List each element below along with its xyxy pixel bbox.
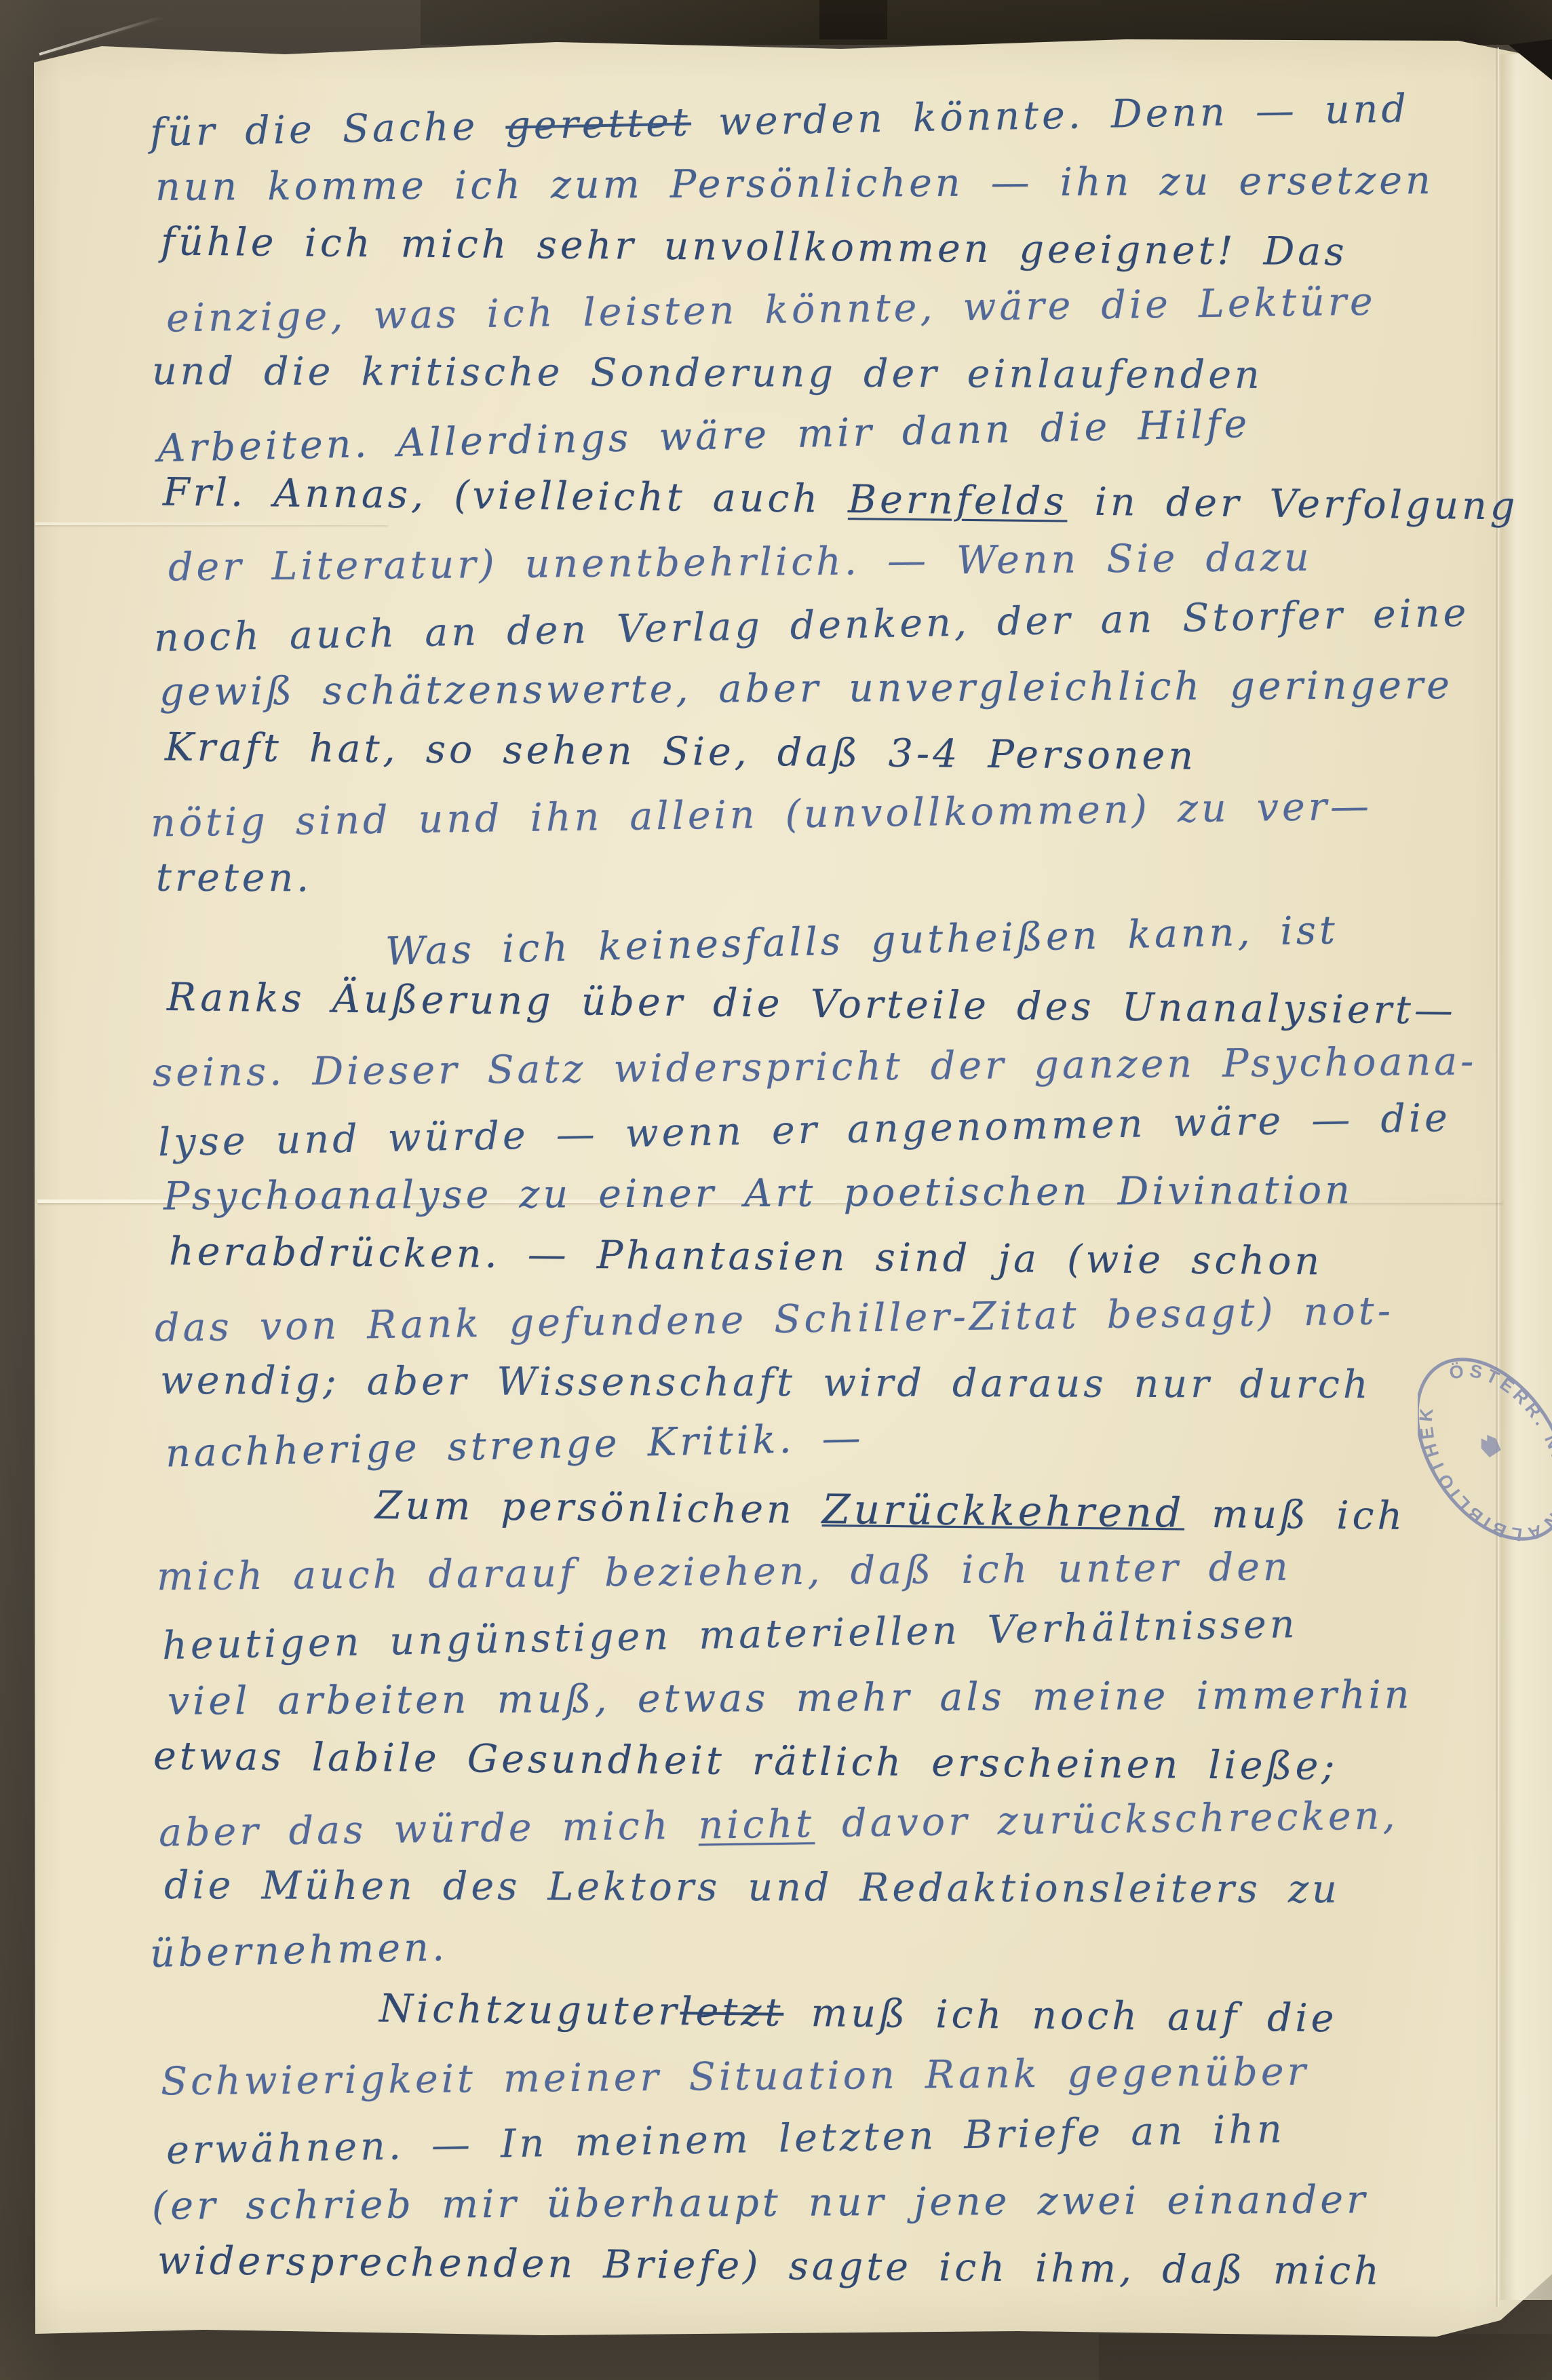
handwritten-line: der Literatur) unentbehrlich. — Wenn Sie… <box>168 539 1313 588</box>
handwritten-line: wendig; aber Wissenschaft wird daraus nu… <box>160 1362 1372 1404</box>
handwritten-line: Schwierigkeit meiner Situation Rank gege… <box>161 2053 1309 2102</box>
text-segment: der Literatur) unentbehrlich. — Wenn Sie… <box>168 535 1313 590</box>
text-segment: nötig sind und ihn allein (unvollkommen)… <box>151 784 1373 845</box>
text-segment: noch auch an den Verlag denken, der an S… <box>154 590 1470 660</box>
text-segment: werden könnte. Denn — und <box>691 86 1410 145</box>
text-segment: Frl. Annas, (vielleicht auch <box>163 470 849 522</box>
handwritten-line: gewiß schätzenswerte, aber unvergleichli… <box>159 666 1453 712</box>
handwritten-line: Was ich keinesfalls gutheißen kann, ist <box>385 911 1339 972</box>
underlined-word: Bernfelds <box>848 477 1068 524</box>
handwritten-line: Psychoanalyse zu einer Art poetischen Di… <box>163 1171 1353 1216</box>
handwritten-line: Ranks Äußerung über die Vorteile des Una… <box>167 978 1456 1031</box>
handwritten-line: Kraft hat, so sehen Sie, daß 3-4 Persone… <box>165 728 1197 775</box>
text-segment: Wissenschaft wird daraus nur durch <box>497 1360 1372 1408</box>
text-segment: muß ich <box>1184 1492 1406 1539</box>
scan-canvas: ÖSTERR. NATIONALBIBLIOTHEK für die Sache… <box>0 0 1552 2380</box>
handwritten-line: seins. Dieser Satz widerspricht der ganz… <box>153 1042 1477 1092</box>
text-segment: erwähnen. — In meinem letzten Briefe an … <box>166 2107 1286 2173</box>
handwritten-line: noch auch an den Verlag denken, der an S… <box>154 594 1470 657</box>
text-segment: seins. Dieser Satz widerspricht der ganz… <box>153 1039 1477 1095</box>
text-segment: muß ich noch auf die <box>783 1991 1338 2041</box>
text-segment: davor zurückschrecken, <box>815 1793 1399 1846</box>
text-segment: Art poetischen Divination <box>744 1168 1353 1216</box>
handwritten-line: heutigen ungünstigen materiellen Verhält… <box>162 1605 1298 1666</box>
text-segment: Kraft hat, so sehen Sie, daß 3-4 Persone… <box>165 725 1197 778</box>
handwritten-line: Arbeiten. Allerdings wäre mir dann die H… <box>157 405 1251 469</box>
text-segment: fühle ich mich sehr unvollkommen geeigne… <box>161 219 1348 274</box>
handwritten-line: nun komme ich zum Persönlichen — ihn zu … <box>155 161 1434 207</box>
text-segment: Psychoanalyse zu einer <box>163 1171 744 1218</box>
text-segment: mich auch darauf beziehen, daß ich unter… <box>157 1545 1292 1600</box>
handwritten-letter-text: für die Sache gerettet werden könnte. De… <box>0 0 1552 2380</box>
crossed-out-word: gerettet <box>505 100 692 149</box>
text-segment: Zum persönlichen <box>375 1483 823 1533</box>
handwritten-line: Nichtzuguterletzt muß ich noch auf die <box>379 1990 1338 2039</box>
handwritten-line: mich auch darauf beziehen, daß ich unter… <box>157 1548 1292 1597</box>
text-segment: widersprechenden Briefe) sagte ich ihm, … <box>157 2238 1382 2294</box>
handwritten-line: aber das würde mich nicht davor zurücksc… <box>159 1797 1399 1853</box>
text-segment: herabdrücken. — <box>169 1229 597 1278</box>
text-segment: Ranks Äußerung über die Vorteile des Una… <box>167 975 1457 1033</box>
text-segment: einzige, was ich leisten könnte, wäre di… <box>166 280 1376 341</box>
crossed-out-word: letzt <box>680 1989 783 2035</box>
handwritten-line: etwas labile Gesundheit rätlich erschein… <box>153 1737 1338 1786</box>
text-segment: Was ich keinesfalls gutheißen kann, ist <box>385 908 1338 974</box>
handwritten-line: einzige, was ich leisten könnte, wäre di… <box>166 283 1376 339</box>
handwritten-line: fühle ich mich sehr unvollkommen geeigne… <box>161 223 1348 271</box>
text-segment: lyse und würde — wenn er angenommen wäre… <box>158 1096 1452 1166</box>
text-segment: nachherige strenge Kritik. — <box>165 1415 864 1476</box>
text-segment: aber das würde mich <box>159 1803 699 1856</box>
text-segment: Arbeiten. Allerdings wäre mir dann die H… <box>157 402 1251 472</box>
text-segment: übernehmen. <box>149 1925 448 1976</box>
text-segment: wendig; aber <box>160 1358 497 1404</box>
text-segment: Nichtzuguter <box>379 1986 680 2035</box>
text-segment: das von Rank gefundene Schiller-Zitat be… <box>155 1288 1395 1351</box>
text-segment: Phantasien sind ja (wie schon <box>597 1233 1323 1284</box>
text-segment: etwas labile Gesundheit rätlich erschein… <box>153 1733 1338 1788</box>
underlined-word: nicht <box>698 1801 815 1847</box>
text-segment: gewiß schätzenswerte, aber unvergleichli… <box>159 663 1453 714</box>
handwritten-line: für die Sache gerettet werden könnte. De… <box>150 90 1410 153</box>
handwritten-line: nötig sind und ihn allein (unvollkommen)… <box>151 787 1373 843</box>
text-segment: viel arbeiten muß, etwas mehr als meine … <box>168 1672 1413 1724</box>
handwritten-line: lyse und würde — wenn er angenommen wäre… <box>158 1099 1452 1163</box>
text-segment: in der Verfolgung <box>1067 480 1518 529</box>
handwritten-line: nachherige strenge Kritik. — <box>165 1419 864 1473</box>
handwritten-line: Frl. Annas, (vielleicht auch Bernfelds i… <box>163 474 1519 526</box>
handwritten-line: das von Rank gefundene Schiller-Zitat be… <box>155 1292 1395 1348</box>
handwritten-line: erwähnen. — In meinem letzten Briefe an … <box>166 2110 1286 2170</box>
text-segment: treten. <box>156 856 313 901</box>
text-segment: nun komme ich zum Persönlichen — ihn zu … <box>155 158 1434 210</box>
text-segment: die Mühen des Lektors und Redaktionsleit… <box>164 1863 1340 1912</box>
handwritten-line: treten. <box>156 859 313 898</box>
text-segment: (er schrieb mir überhaupt nur jene zwei … <box>152 2177 1369 2228</box>
handwritten-line: (er schrieb mir überhaupt nur jene zwei … <box>152 2181 1369 2225</box>
handwritten-line: viel arbeiten muß, etwas mehr als meine … <box>168 1676 1413 1721</box>
handwritten-line: die Mühen des Lektors und Redaktionsleit… <box>164 1866 1340 1909</box>
text-segment: heutigen ungünstigen materiellen Verhält… <box>162 1602 1299 1668</box>
handwritten-line: herabdrücken. — Phantasien sind ja (wie … <box>169 1233 1323 1282</box>
text-segment: und die kritische Sonderung der einlaufe… <box>152 349 1263 398</box>
handwritten-line: übernehmen. <box>149 1928 448 1974</box>
text-segment: für die Sache <box>150 104 506 155</box>
text-segment: Schwierigkeit meiner Situation Rank gege… <box>161 2050 1309 2105</box>
inserted-word: Zurückkehrend <box>822 1486 1185 1537</box>
handwritten-line: und die kritische Sonderung der einlaufe… <box>152 352 1263 395</box>
handwritten-line: Zum persönlichen Zurückkehrend muß ich <box>375 1484 1406 1536</box>
handwritten-line: widersprechenden Briefe) sagte ich ihm, … <box>157 2242 1382 2291</box>
